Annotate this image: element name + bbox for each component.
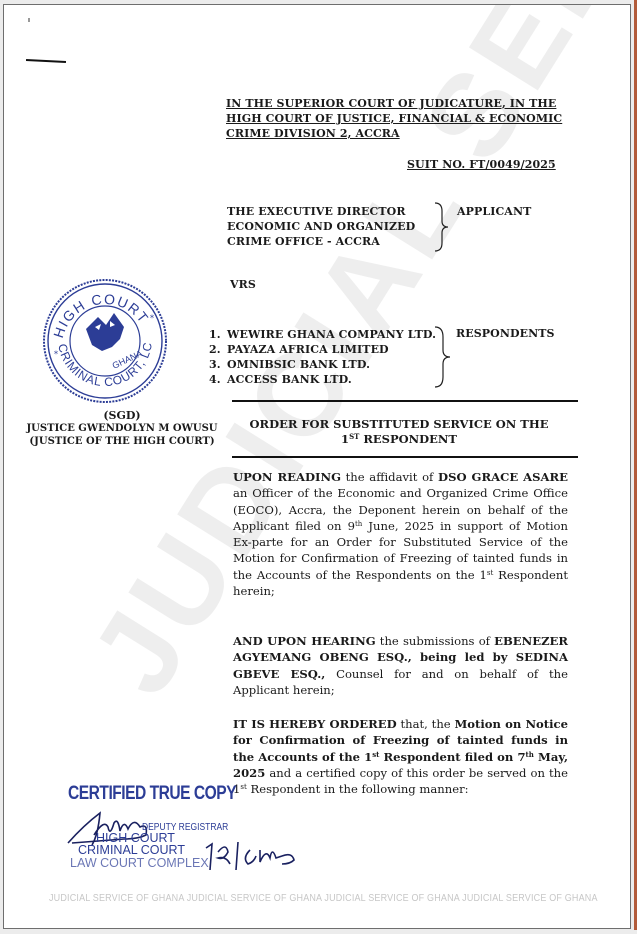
footer-watermark: JUDICIAL SERVICE OF GHANA JUDICIAL SERVI… [49,893,598,904]
order-title-line-2: 1ST RESPONDENT [244,432,554,447]
signed-label: (SGD) [22,409,222,422]
court-title-line-1: IN THE SUPERIOR COURT OF JUDICATURE, IN … [226,96,576,111]
judge-title: (JUSTICE OF THE HIGH COURT) [22,435,222,448]
respondent-item: 3.OMNIBSIC BANK LTD. [209,357,436,372]
respondent-name: PAYAZA AFRICA LIMITED [227,343,389,356]
certified-true-copy-stamp: CERTIFIED TRUE COPY [68,783,236,805]
handwritten-date-icon: 15/06/25 [202,838,302,878]
applicant-line-1: THE EXECUTIVE DIRECTOR [227,204,415,219]
versus-label: VRS [230,277,256,292]
suit-number: SUIT NO. FT/0049/2025 [407,157,556,172]
order-title-top-rule [232,400,578,402]
paragraph-upon-hearing: AND UPON HEARING the submissions of EBEN… [233,633,568,698]
svg-text:*: * [54,350,58,359]
scan-artifact-dot [28,18,30,22]
court-title-line-3: CRIME DIVISION 2, ACCRA [226,126,576,141]
judge-signature-block: (SGD) JUSTICE GWENDOLYN M OWUSU (JUSTICE… [22,409,222,448]
respondent-name: WEWIRE GHANA COMPANY LTD. [227,328,436,341]
registrar-line-3: LAW COURT COMPLEX [70,857,209,870]
respondent-item: 1.WEWIRE GHANA COMPANY LTD. [209,327,436,342]
applicant-line-2: ECONOMIC AND ORGANIZED [227,219,415,234]
scan-artifact-dash [26,59,66,63]
applicant-line-3: CRIME OFFICE - ACCRA [227,234,415,249]
judge-name: JUSTICE GWENDOLYN M OWUSU [22,422,222,435]
paragraph-upon-reading: UPON READING the affidavit of DSO GRACE … [233,469,568,599]
applicant-brace-icon [432,201,452,253]
court-title: IN THE SUPERIOR COURT OF JUDICATURE, IN … [226,96,576,141]
respondent-name: OMNIBSIC BANK LTD. [227,358,370,371]
respondents-list: 1.WEWIRE GHANA COMPANY LTD.2.PAYAZA AFRI… [209,327,436,387]
court-seal-stamp: HIGH COURT CRIMINAL COURT, LCC GHANA * * [40,277,170,405]
document-page: JUDICIAL SERVICE IN THE SUPERIOR COURT O… [3,4,631,929]
paragraph-hereby-ordered: IT IS HEREBY ORDERED that, the Motion on… [233,716,568,797]
respondent-item: 2.PAYAZA AFRICA LIMITED [209,342,436,357]
court-title-line-2: HIGH COURT OF JUSTICE, FINANCIAL & ECONO… [226,111,576,126]
applicant-role-label: APPLICANT [457,204,531,219]
applicant-name: THE EXECUTIVE DIRECTOR ECONOMIC AND ORGA… [227,204,415,249]
order-title: ORDER FOR SUBSTITUTED SERVICE ON THE 1ST… [244,417,554,447]
order-title-line-1: ORDER FOR SUBSTITUTED SERVICE ON THE [244,417,554,432]
order-title-bottom-rule [232,456,578,458]
respondents-brace-icon [432,325,454,389]
respondent-item: 4.ACCESS BANK LTD. [209,372,436,387]
svg-text:*: * [150,314,154,323]
respondent-name: ACCESS BANK LTD. [227,373,352,386]
respondents-role-label: RESPONDENTS [456,326,555,341]
